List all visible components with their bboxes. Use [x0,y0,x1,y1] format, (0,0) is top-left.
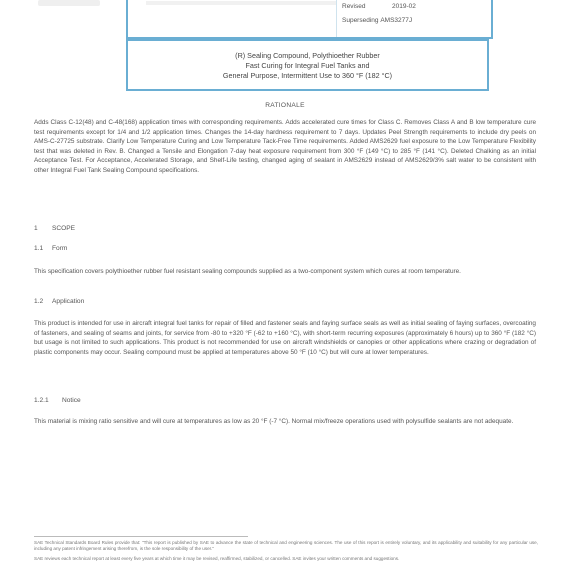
header-divider [336,0,337,37]
section-number: 1 [34,225,52,232]
section-1-1-text: This specification covers polythioether … [34,267,536,277]
section-title: SCOPE [52,225,75,232]
revised-row: Revised 2019-02 [342,0,416,14]
section-title: Application [52,298,84,305]
section-number: 1.2.1 [34,397,62,404]
superseding-label: Superseding [342,14,379,28]
header-box: Revised 2019-02 Superseding AMS3277J [126,0,493,39]
header-meta: Revised 2019-02 Superseding AMS3277J [342,0,416,28]
section-1-2-1-text: This material is mixing ratio sensitive … [34,417,536,427]
rationale-text: Adds Class C-12(48) and C-48(168) applic… [34,118,536,176]
section-1-heading: 1SCOPE [34,225,75,232]
title-line-1: (R) Sealing Compound, Polythioether Rubb… [128,51,487,61]
revised-label: Revised [342,0,392,14]
title-line-2: Fast Curing for Integral Fuel Tanks and [128,61,487,71]
section-number: 1.2 [34,298,52,305]
header-faded-text [146,1,336,5]
rationale-heading: RATIONALE [0,102,570,109]
footer-disclaimer: SAE Technical Standards Board Rules prov… [34,540,538,553]
title-line-3: General Purpose, Intermittent Use to 360… [128,71,487,81]
superseding-row: Superseding AMS3277J [342,14,416,28]
document-title-box: (R) Sealing Compound, Polythioether Rubb… [126,39,489,91]
section-number: 1.1 [34,245,52,252]
section-1-1-heading: 1.1Form [34,245,67,252]
section-1-2-heading: 1.2Application [34,298,84,305]
section-title: Notice [62,397,81,404]
revised-value: 2019-02 [392,0,416,14]
sae-logo [38,0,100,6]
section-title: Form [52,245,67,252]
superseding-value: AMS3277J [380,14,412,28]
footer-review-notice: SAE reviews each technical report at lea… [34,556,538,562]
header-left-cell [128,0,336,37]
section-1-2-1-heading: 1.2.1Notice [34,397,81,404]
section-1-2-text: This product is intended for use in airc… [34,319,536,357]
document-page: Revised 2019-02 Superseding AMS3277J (R)… [0,0,570,570]
footer-separator [34,536,248,537]
